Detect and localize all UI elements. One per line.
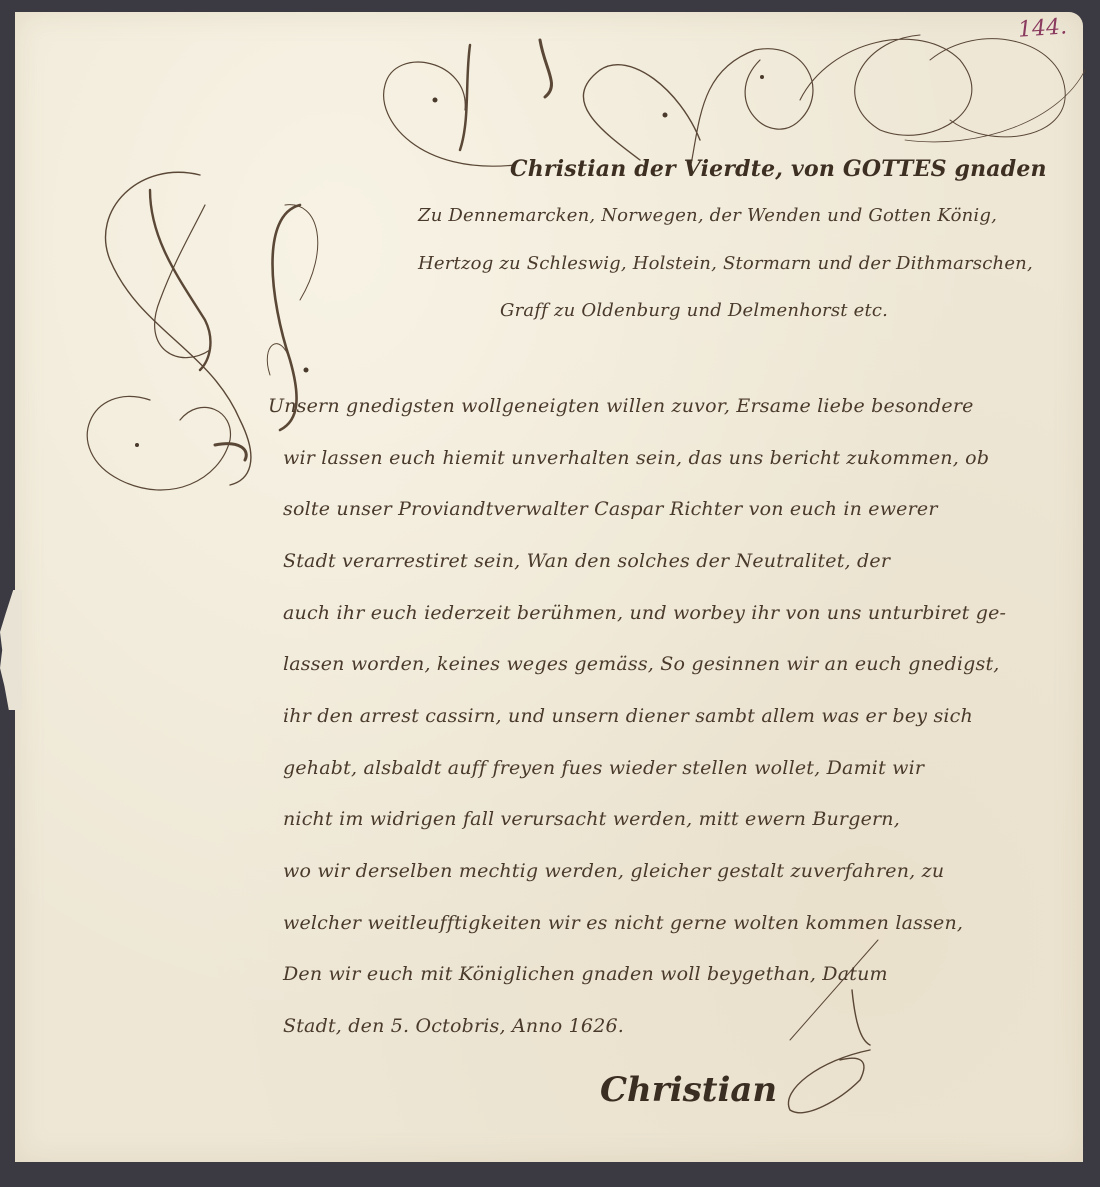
body-line: gehabt, alsbaldt auff freyen fues wieder…	[283, 757, 924, 779]
body-line: auch ihr euch iederzeit berühmen, und wo…	[283, 602, 1006, 624]
body-line: nicht im widrigen fall verursacht werden…	[283, 808, 900, 830]
manuscript-page	[15, 12, 1083, 1162]
body-line: solte unser Proviandtverwalter Caspar Ri…	[283, 498, 938, 520]
royal-signature: Christian	[600, 1070, 777, 1110]
intitulatio-line: Hertzog zu Schleswig, Holstein, Stormarn…	[418, 253, 1033, 274]
body-line: Unsern gnedigsten wollgeneigten willen z…	[268, 395, 974, 417]
body-line: wir lassen euch hiemit unverhalten sein,…	[283, 447, 989, 469]
torn-paper-edge	[0, 590, 22, 710]
body-line: Stadt, den 5. Octobris, Anno 1626.	[283, 1015, 624, 1037]
intitulatio-line: Zu Dennemarcken, Norwegen, der Wenden un…	[418, 205, 997, 226]
intitulatio-line: Graff zu Oldenburg und Delmenhorst etc.	[500, 300, 888, 321]
body-line: ihr den arrest cassirn, und unsern diene…	[283, 705, 973, 727]
folio-number: 144.	[1017, 14, 1068, 42]
body-line: welcher weitleufftigkeiten wir es nicht …	[283, 912, 963, 934]
body-line: Stadt verarrestiret sein, Wan den solche…	[283, 550, 890, 572]
body-line: Den wir euch mit Königlichen gnaden woll…	[283, 963, 888, 985]
body-line: lassen worden, keines weges gemäss, So g…	[283, 653, 1000, 675]
body-line: wo wir derselben mechtig werden, gleiche…	[283, 860, 944, 882]
document-heading: Christian der Vierdte, von GOTTES gnaden	[510, 156, 1047, 182]
